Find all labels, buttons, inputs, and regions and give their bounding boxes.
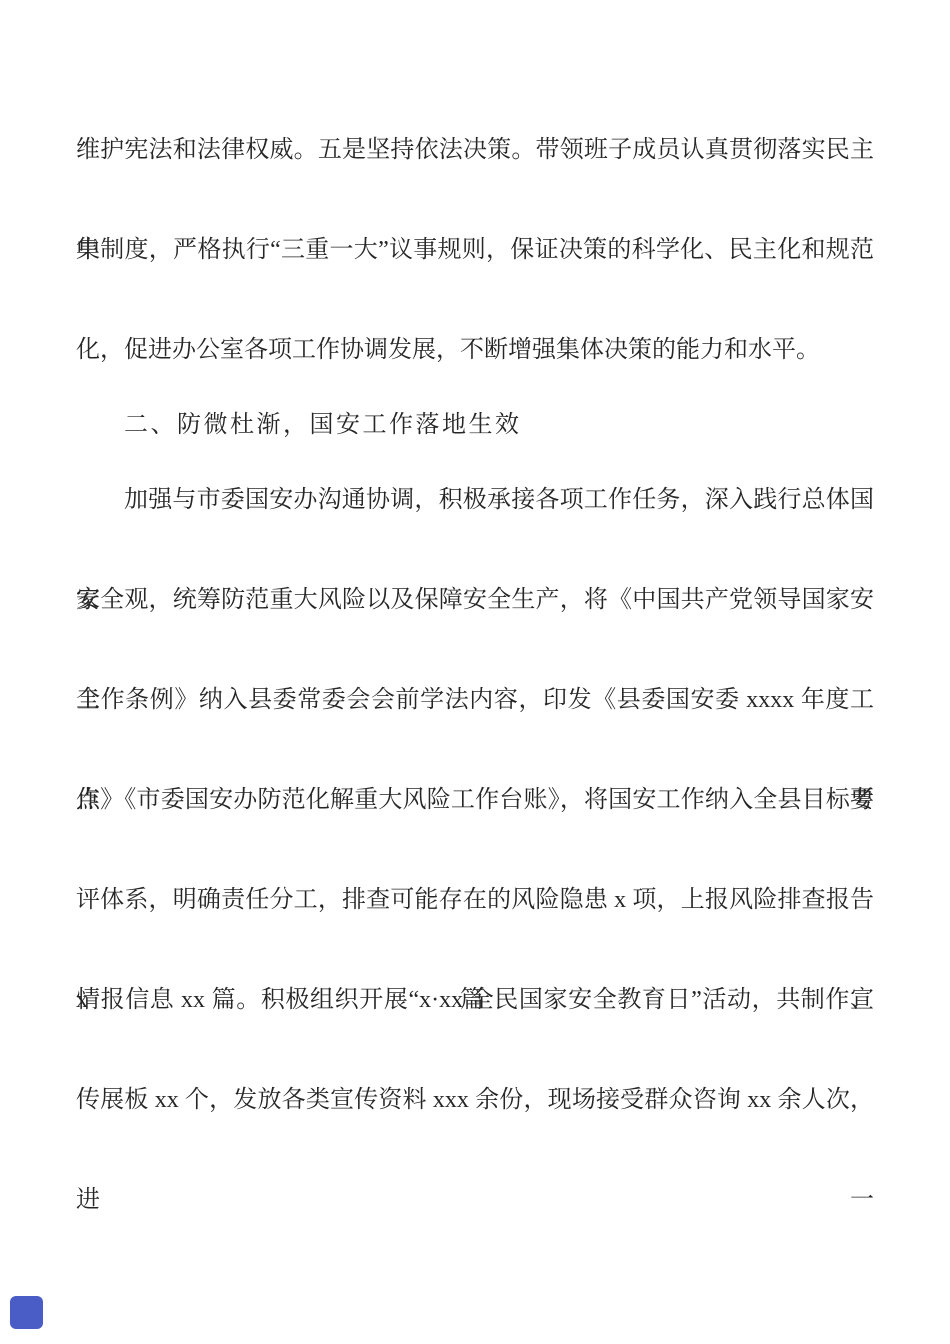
text-line: 加强与市委国安办沟通协调，积极承接各项工作任务，深入践行总体国家 xyxy=(76,450,874,550)
text-line: 化，促进办公室各项工作协调发展，不断增强集体决策的能力和水平。 xyxy=(76,300,874,400)
document-page: 维护宪法和法律权威。五是坚持依法决策。带领班子成员认真贯彻落实民主集中制度，严格… xyxy=(0,0,950,1344)
corner-widget[interactable] xyxy=(10,1296,43,1329)
text-line: 情报信息 xx 篇。积极组织开展“x·xx 全民国家安全教育日”活动，共制作宣 xyxy=(76,950,874,1050)
section-heading: 二、防微杜渐，国安工作落地生效 xyxy=(76,400,874,450)
text-line: 点》《市委国安办防范化解重大风险工作台账》，将国安工作纳入全县目标考 xyxy=(76,750,874,850)
text-line: 安全观，统筹防范重大风险以及保障安全生产，将《中国共产党领导国家安全 xyxy=(76,550,874,650)
document-body: 维护宪法和法律权威。五是坚持依法决策。带领班子成员认真贯彻落实民主集中制度，严格… xyxy=(76,100,874,1150)
text-line: 中制度，严格执行“三重一大”议事规则，保证决策的科学化、民主化和规范 xyxy=(76,200,874,300)
text-line: 工作条例》纳入县委常委会会前学法内容，印发《县委国安委 xxxx 年度工作要 xyxy=(76,650,874,750)
text-line: 维护宪法和法律权威。五是坚持依法决策。带领班子成员认真贯彻落实民主集 xyxy=(76,100,874,200)
text-line: 评体系，明确责任分工，排查可能存在的风险隐患 x 项，上报风险排查报告 x 篇、 xyxy=(76,850,874,950)
text-line: 传展板 xx 个，发放各类宣传资料 xxx 余份，现场接受群众咨询 xx 余人次… xyxy=(76,1050,874,1150)
